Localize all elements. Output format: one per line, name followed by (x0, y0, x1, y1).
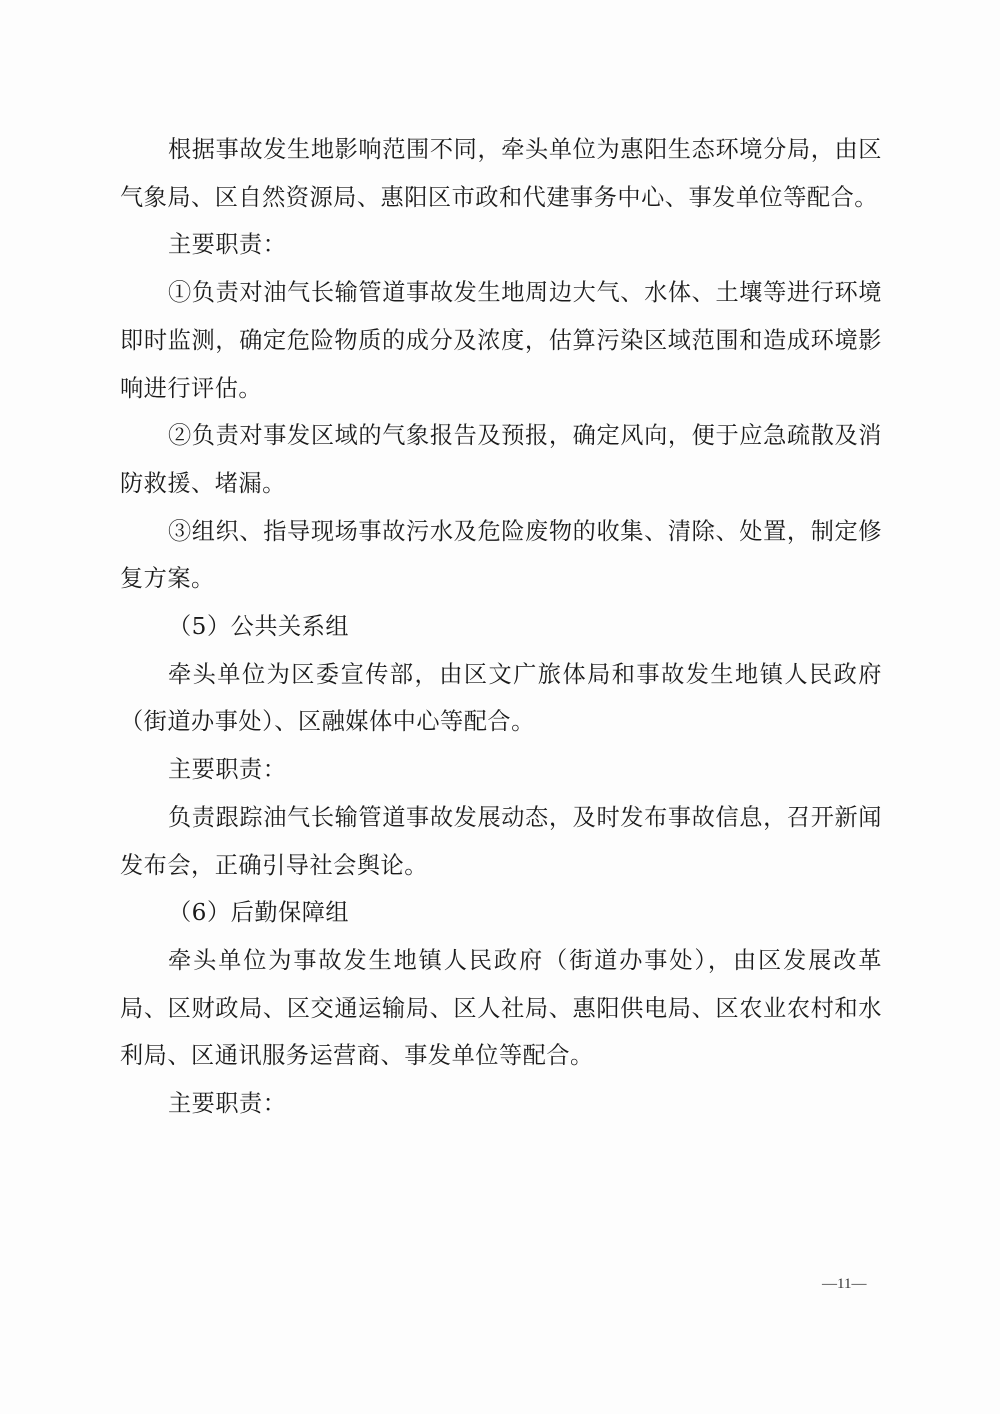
paragraph-ecology-group-lead: 根据事故发生地影响范围不同，牵头单位为惠阳生态环境分局，由区气象局、区自然资源局… (120, 126, 882, 221)
paragraph-duty-3: ③组织、指导现场事故污水及危险废物的收集、清除、处置，制定修复方案。 (120, 508, 882, 603)
section-heading-logistics: （6）后勤保障组 (120, 889, 882, 937)
paragraph-public-relations-lead: 牵头单位为区委宣传部，由区文广旅体局和事故发生地镇人民政府（街道办事处）、区融媒… (120, 651, 882, 746)
heading-main-duties: 主要职责： (120, 221, 882, 269)
document-body: 根据事故发生地影响范围不同，牵头单位为惠阳生态环境分局，由区气象局、区自然资源局… (120, 126, 882, 1128)
paragraph-duty-1: ①负责对油气长输管道事故发生地周边大气、水体、土壤等进行环境即时监测，确定危险物… (120, 269, 882, 412)
document-page: 根据事故发生地影响范围不同，牵头单位为惠阳生态环境分局，由区气象局、区自然资源局… (0, 0, 1000, 1414)
paragraph-duty-2: ②负责对事发区域的气象报告及预报，确定风向，便于应急疏散及消防救援、堵漏。 (120, 412, 882, 507)
heading-main-duties: 主要职责： (120, 746, 882, 794)
heading-main-duties: 主要职责： (120, 1080, 882, 1128)
page-number: —11— (822, 1276, 866, 1293)
paragraph-public-relations-duty: 负责跟踪油气长输管道事故发展动态，及时发布事故信息，召开新闻发布会，正确引导社会… (120, 794, 882, 889)
paragraph-logistics-lead: 牵头单位为事故发生地镇人民政府（街道办事处），由区发展改革局、区财政局、区交通运… (120, 937, 882, 1080)
section-heading-public-relations: （5）公共关系组 (120, 603, 882, 651)
